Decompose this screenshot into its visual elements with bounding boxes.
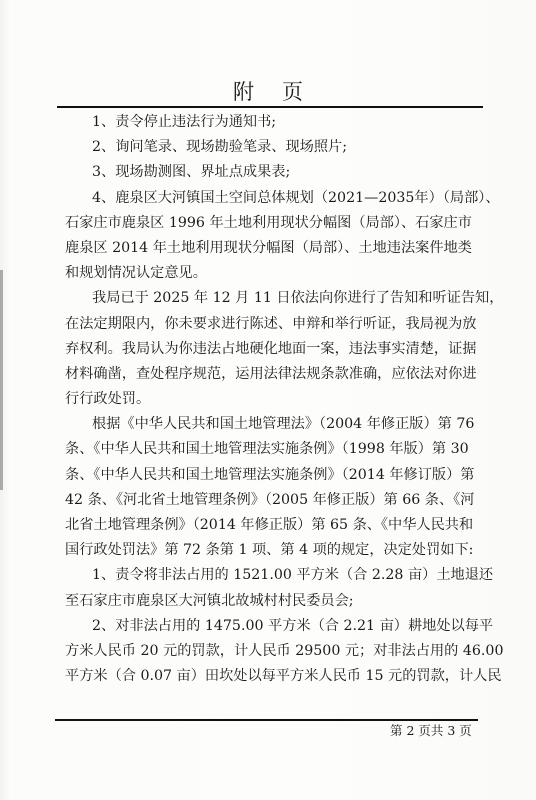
text-line: 石家庄市鹿泉区 1996 年土地利用现状分幅图（局部）、石家庄市: [65, 211, 464, 236]
text-line: 方米人民币 20 元的罚款，计人民币 29500 元；对非法占用的 46.00: [65, 639, 464, 664]
penalty-item: 1、责令将非法占用的 1521.00 平方米（合 2.28 亩）土地退还 至石家…: [65, 563, 464, 613]
title-char: 页: [282, 80, 331, 104]
document-page: 附页 1、责令停止违法行为通知书; 2、询问笔录、现场勘验笔录、现场照片; 3、…: [0, 0, 536, 800]
text-line: 我局已于 2025 年 12 月 11 日依法向你进行了告知和听证告知，: [65, 286, 464, 311]
attachment-item: 2、询问笔录、现场勘验笔录、现场照片;: [65, 135, 464, 160]
legal-basis-paragraph: 根据《中华人民共和国土地管理法》（2004 年修正版）第 76 条、《中华人民共…: [65, 412, 464, 563]
title-char: 附: [233, 80, 282, 104]
page-number: 第 2 页共 3 页: [390, 722, 472, 740]
bottom-divider: [55, 719, 478, 721]
page-title: 附页: [0, 76, 536, 106]
text-line: 行行政处罚。: [65, 387, 464, 412]
text-line: 1、责令将非法占用的 1521.00 平方米（合 2.28 亩）土地退还: [65, 563, 464, 588]
text-line: 国行政处罚法》第 72 条第 1 项、第 4 项的规定，决定处罚如下:: [65, 538, 464, 563]
attachment-item: 3、现场勘测图、界址点成果表;: [65, 160, 464, 185]
text-line: 材料确凿，查处程序规范，运用法律法规条款准确，应依法对你进: [65, 362, 464, 387]
penalty-item: 2、对非法占用的 1475.00 平方米（合 2.21 亩）耕地处以每平 方米人…: [65, 614, 464, 690]
text-line: 2、对非法占用的 1475.00 平方米（合 2.21 亩）耕地处以每平: [65, 614, 464, 639]
top-divider: [57, 106, 483, 108]
document-body: 1、责令停止违法行为通知书; 2、询问笔录、现场勘验笔录、现场照片; 3、现场勘…: [65, 110, 464, 689]
text-line: 和规划情况认定意见。: [65, 261, 464, 286]
text-line: 至石家庄市鹿泉区大河镇北故城村村民委员会;: [65, 589, 464, 614]
text-line: 北省土地管理条例》（2014 年修正版）第 65 条、《中华人民共和: [65, 513, 464, 538]
attachment-item: 1、责令停止违法行为通知书;: [65, 110, 464, 135]
notice-paragraph: 我局已于 2025 年 12 月 11 日依法向你进行了告知和听证告知， 在法定…: [65, 286, 464, 412]
text-line: 弃权利。我局认为你违法占地硬化地面一案，违法事实清楚，证据: [65, 337, 464, 362]
attachment-item: 4、鹿泉区大河镇国土空间总体规划（2021—2035年）（局部）、 石家庄市鹿泉…: [65, 186, 464, 287]
text-line: 4、鹿泉区大河镇国土空间总体规划（2021—2035年）（局部）、: [65, 186, 464, 211]
text-line: 条、《中华人民共和国土地管理法实施条例》（1998 年版）第 30: [65, 437, 464, 462]
text-line: 根据《中华人民共和国土地管理法》（2004 年修正版）第 76: [65, 412, 464, 437]
text-line: 42 条、《河北省土地管理条例》（2005 年修正版）第 66 条、《河: [65, 488, 464, 513]
text-line: 平方米（合 0.07 亩）田坎处以每平方米人民币 15 元的罚款，计人民: [65, 664, 464, 689]
text-line: 在法定期限内，你未要求进行陈述、申辩和举行听证，我局视为放: [65, 312, 464, 337]
attachment-list: 1、责令停止违法行为通知书; 2、询问笔录、现场勘验笔录、现场照片; 3、现场勘…: [65, 110, 464, 286]
text-line: 鹿泉区 2014 年土地利用现状分幅图（局部）、土地违法案件地类: [65, 236, 464, 261]
scan-edge-shadow: [0, 270, 3, 490]
text-line: 条、《中华人民共和国土地管理法实施条例》（2014 年修订版）第: [65, 463, 464, 488]
